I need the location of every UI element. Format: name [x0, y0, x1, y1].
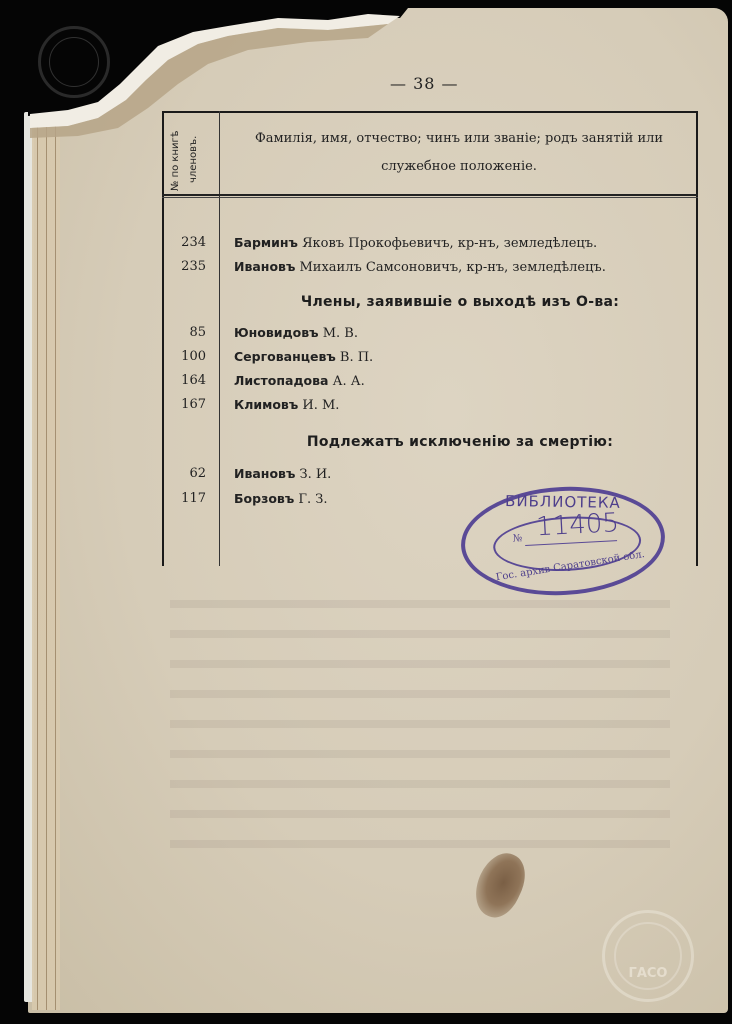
- bleed-through-line: [170, 840, 670, 848]
- member-number: 164: [162, 373, 206, 388]
- table-row: 167 Климовъ И. М.: [162, 397, 698, 417]
- archive-watermark-icon: [38, 26, 110, 98]
- bleed-through-line: [170, 690, 670, 698]
- member-entry: Барминъ Яковъ Прокофьевичъ, кр-нъ, земле…: [234, 235, 597, 251]
- member-details: Михаилъ Самсоновичъ, кр-нъ, земледѣлецъ.: [299, 260, 605, 275]
- member-details: И. М.: [302, 398, 339, 413]
- bleed-through-line: [170, 780, 670, 788]
- table-row: 235 Ивановъ Михаилъ Самсоновичъ, кр-нъ, …: [162, 259, 698, 279]
- member-entry: Борзовъ Г. З.: [234, 491, 327, 507]
- member-surname: Сергованцевъ: [234, 349, 336, 364]
- column-header-number-line2: членовъ.: [188, 136, 199, 183]
- member-number: 100: [162, 349, 206, 364]
- member-number: 117: [162, 491, 206, 506]
- member-details: А. А.: [333, 374, 365, 389]
- bleed-through-line: [170, 660, 670, 668]
- archive-watermark-icon: ГАСО: [602, 910, 694, 1002]
- member-entry: Ивановъ Михаилъ Самсоновичъ, кр-нъ, земл…: [234, 259, 606, 275]
- member-surname: Борзовъ: [234, 491, 294, 506]
- member-entry: Листопадова А. А.: [234, 373, 365, 389]
- column-header-number: № по книгѣ членовъ.: [168, 119, 214, 191]
- member-surname: Ивановъ: [234, 259, 295, 274]
- column-header-description: Фамилія, имя, отчество; чинъ или званіе;…: [222, 125, 696, 181]
- column-header-number-line1: № по книгѣ: [170, 131, 181, 191]
- member-surname: Барминъ: [234, 235, 298, 250]
- member-number: 167: [162, 397, 206, 412]
- member-entry: Климовъ И. М.: [234, 397, 339, 413]
- member-entry: Юновидовъ М. В.: [234, 325, 358, 341]
- stamp-number: 11405: [535, 508, 619, 542]
- table-row: 234 Барминъ Яковъ Прокофьевичъ, кр-нъ, з…: [162, 235, 698, 255]
- bleed-through-line: [170, 750, 670, 758]
- stamp-number-prefix: №: [513, 533, 523, 544]
- table-row: 164 Листопадова А. А.: [162, 373, 698, 393]
- member-surname: Юновидовъ: [234, 325, 319, 340]
- section-heading-exit: Члены, заявившіе о выходѣ изъ О-ва:: [222, 294, 698, 310]
- member-details: М. В.: [323, 326, 358, 341]
- member-details: З. И.: [299, 467, 331, 482]
- member-number: 235: [162, 259, 206, 274]
- page-number: — 38 —: [390, 74, 459, 93]
- member-surname: Ивановъ: [234, 466, 295, 481]
- member-entry: Сергованцевъ В. П.: [234, 349, 373, 365]
- table-header-rule: [162, 194, 698, 198]
- member-number: 85: [162, 325, 206, 340]
- section-heading-death: Подлежатъ исключенію за смертію:: [222, 434, 698, 450]
- table-row: 100 Сергованцевъ В. П.: [162, 349, 698, 369]
- table-row: 62 Ивановъ З. И.: [162, 466, 698, 486]
- bleed-through-line: [170, 600, 670, 608]
- member-number: 234: [162, 235, 206, 250]
- page-stack-edges: [32, 110, 60, 1010]
- table-row: 85 Юновидовъ М. В.: [162, 325, 698, 345]
- member-entry: Ивановъ З. И.: [234, 466, 331, 482]
- member-surname: Листопадова: [234, 373, 328, 388]
- bleed-through-line: [170, 720, 670, 728]
- table-top-border: [162, 111, 698, 113]
- member-details: В. П.: [340, 350, 373, 365]
- member-number: 62: [162, 466, 206, 481]
- bleed-through-line: [170, 810, 670, 818]
- member-surname: Климовъ: [234, 397, 298, 412]
- member-details: Яковъ Прокофьевичъ, кр-нъ, земледѣлецъ.: [302, 236, 597, 251]
- bleed-through-line: [170, 630, 670, 638]
- watermark-text: ГАСО: [605, 966, 691, 981]
- member-details: Г. З.: [298, 492, 327, 507]
